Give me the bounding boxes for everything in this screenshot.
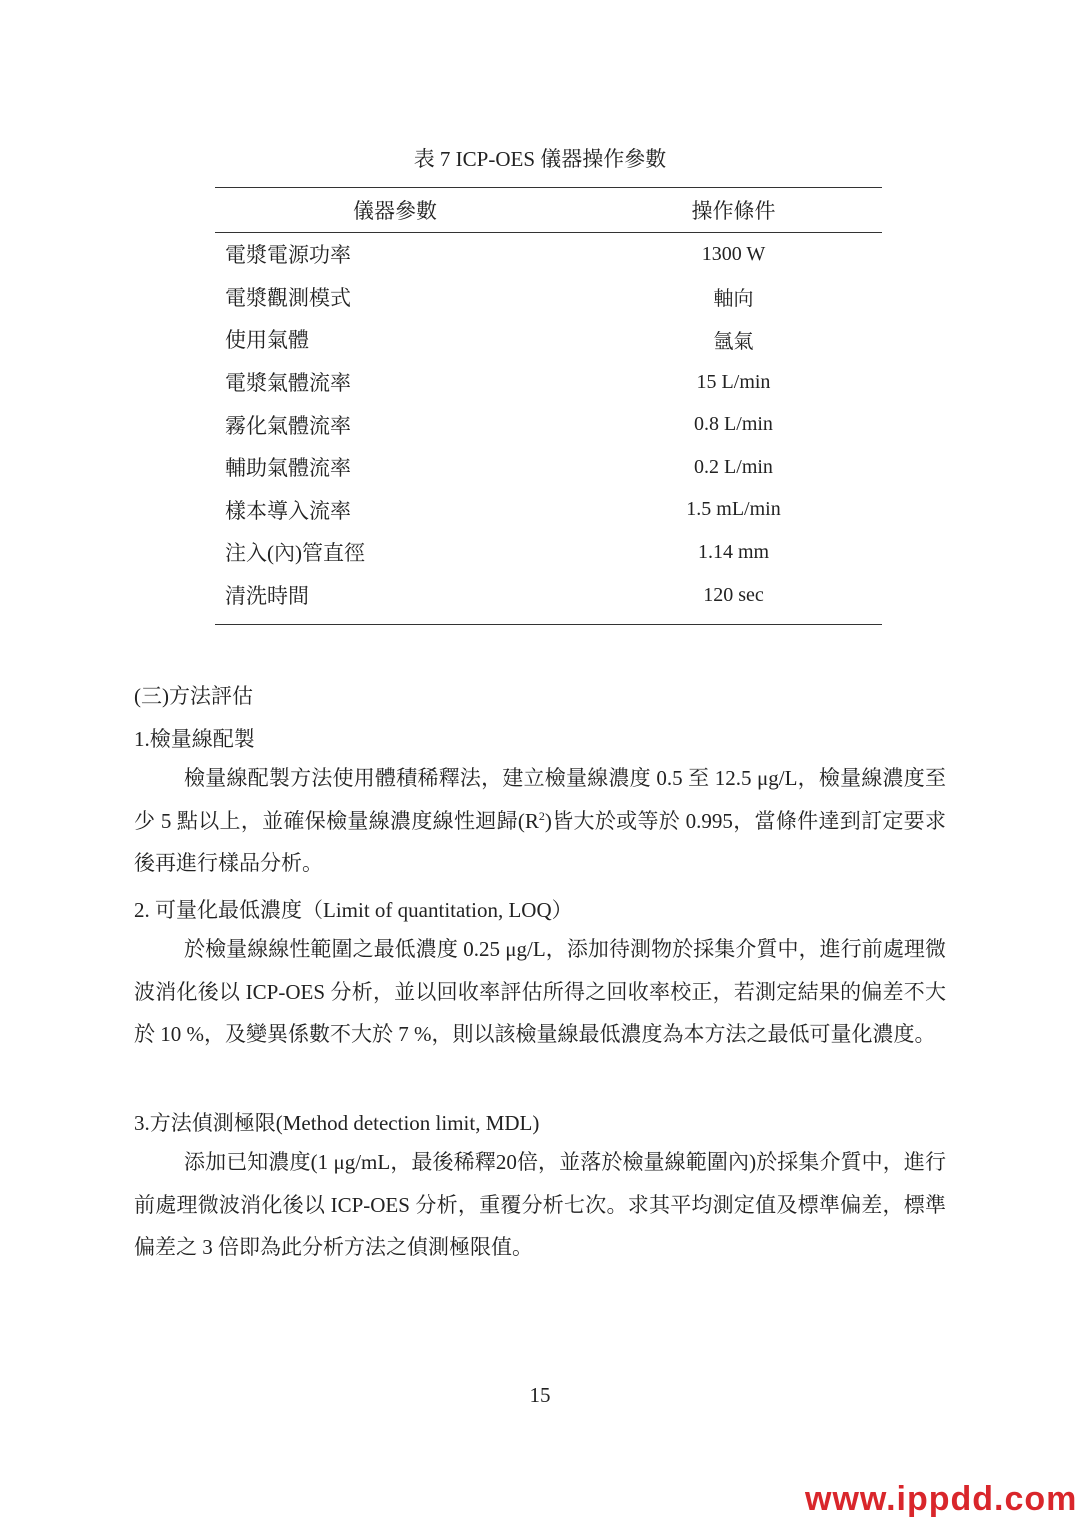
param-cell: 電漿電源功率	[215, 239, 575, 269]
param-cell: 清洗時間	[215, 580, 575, 610]
value-cell: 1.14 mm	[575, 541, 882, 564]
value-cell: 氬氣	[575, 325, 882, 354]
subsection-1-title: 1.檢量線配製	[134, 723, 255, 753]
value-cell: 0.8 L/min	[575, 413, 882, 436]
table-header: 儀器參數 操作條件	[215, 188, 882, 233]
section-heading: (三)方法評估	[134, 680, 253, 710]
param-cell: 使用氣體	[215, 324, 575, 354]
instrument-parameters-table: 儀器參數 操作條件 電漿電源功率 1300 W 電漿觀測模式 軸向 使用氣體 氬…	[215, 187, 882, 625]
table-row: 注入(內)管直徑 1.14 mm	[215, 531, 882, 574]
subsection-2-title: 2. 可量化最低濃度（Limit of quantitation, LOQ）	[134, 894, 573, 924]
subsection-3-title: 3.方法偵測極限(Method detection limit, MDL)	[134, 1107, 539, 1137]
value-cell: 15 L/min	[575, 371, 882, 394]
table-row: 電漿氣體流率 15 L/min	[215, 361, 882, 404]
table-row: 清洗時間 120 sec	[215, 574, 882, 617]
value-cell: 1.5 mL/min	[575, 498, 882, 521]
value-cell: 軸向	[575, 282, 882, 311]
table-row: 使用氣體 氬氣	[215, 318, 882, 361]
subsection-2-paragraph: 於檢量線線性範圍之最低濃度 0.25 μg/L，添加待測物於採集介質中，進行前處…	[134, 928, 946, 1056]
header-parameter: 儀器參數	[215, 195, 575, 225]
watermark: www.ippdd.com	[805, 1480, 1077, 1519]
value-cell: 1300 W	[575, 243, 882, 266]
table-row: 電漿電源功率 1300 W	[215, 233, 882, 276]
table-body: 電漿電源功率 1300 W 電漿觀測模式 軸向 使用氣體 氬氣 電漿氣體流率 1…	[215, 233, 882, 624]
param-cell: 樣本導入流率	[215, 495, 575, 525]
table-row: 樣本導入流率 1.5 mL/min	[215, 489, 882, 532]
param-cell: 注入(內)管直徑	[215, 537, 575, 567]
table-row: 電漿觀測模式 軸向	[215, 276, 882, 319]
page-number: 15	[0, 1383, 1080, 1408]
param-cell: 輔助氣體流率	[215, 452, 575, 482]
table-row: 輔助氣體流率 0.2 L/min	[215, 446, 882, 489]
value-cell: 0.2 L/min	[575, 456, 882, 479]
param-cell: 電漿氣體流率	[215, 367, 575, 397]
subsection-3-paragraph: 添加已知濃度(1 μg/mL，最後稀釋20倍，並落於檢量線範圍內)於採集介質中，…	[134, 1141, 946, 1269]
table-row: 霧化氣體流率 0.8 L/min	[215, 403, 882, 446]
subsection-1-paragraph: 檢量線配製方法使用體積稀釋法，建立檢量線濃度 0.5 至 12.5 μg/L，檢…	[134, 757, 946, 885]
value-cell: 120 sec	[575, 584, 882, 607]
table-caption: 表 7 ICP-OES 儀器操作參數	[0, 143, 1080, 173]
header-condition: 操作條件	[575, 195, 882, 225]
param-cell: 電漿觀測模式	[215, 282, 575, 312]
param-cell: 霧化氣體流率	[215, 410, 575, 440]
